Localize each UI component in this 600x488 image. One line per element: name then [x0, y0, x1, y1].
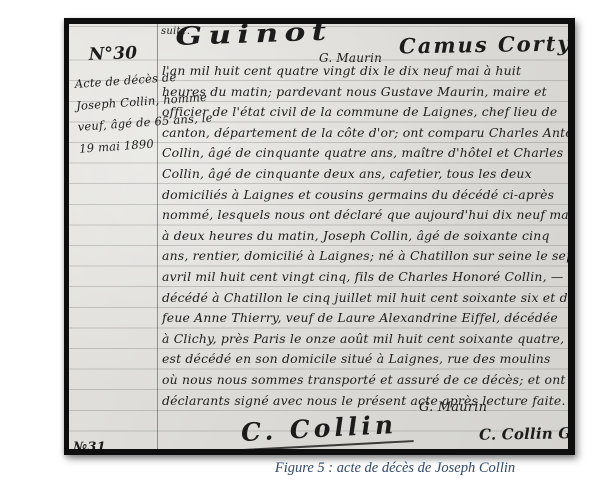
next-act-number-partial: №31 [73, 440, 106, 449]
scanned-paper: N°30 Acte de décès de Joseph Collin, hom… [69, 24, 568, 449]
body-line: feue Anne Thierry, veuf de Laure Alexand… [162, 308, 566, 329]
act-body-text: l'an mil huit cent quatre vingt dix le d… [162, 61, 566, 411]
figure-caption: Figure 5 : acte de décès de Joseph Colli… [160, 460, 600, 477]
body-line: à deux heures du matin, Joseph Collin, â… [162, 226, 566, 247]
body-line: déclarants signé avec nous le présent ac… [162, 391, 566, 412]
body-line: Collin, âgé de cinquante deux ans, cafet… [162, 164, 566, 185]
body-line: heures du matin; pardevant nous Gustave … [162, 82, 566, 103]
body-line: ans, rentier, domicilié à Laignes; né à … [162, 246, 566, 267]
body-line: Collin, âgé de cinquante quatre ans, maî… [162, 143, 566, 164]
margin-column: N°30 Acte de décès de Joseph Collin, hom… [69, 24, 157, 449]
body-line: décédé à Chatillon le cinq juillet mil h… [162, 288, 566, 309]
body-line: officier de l'état civil de la commune d… [162, 102, 566, 123]
signature-maurin-closing: G. Maurin [419, 400, 487, 415]
body-line: est décédé en son domicile situé à Laign… [162, 349, 566, 370]
body-line: nommé, lesquels nous ont déclaré que auj… [162, 205, 566, 226]
signature-c-collin: C. Collin [224, 409, 414, 449]
body-line: canton, département de la côte d'or; ont… [162, 123, 566, 144]
body-line: à Clichy, près Paris le onze août mil hu… [162, 329, 566, 350]
body-line: où nous nous sommes transporté et assuré… [162, 370, 566, 391]
margin-note: Acte de décès de Joseph Collin, homme ve… [74, 68, 166, 160]
body-column: suite. Guinot G. Maurin Camus Corty l'an… [161, 24, 566, 449]
document-scan-frame: N°30 Acte de décès de Joseph Collin, hom… [64, 18, 575, 455]
signature-c-collin-g: C. Collin G [479, 424, 568, 444]
body-line: l'an mil huit cent quatre vingt dix le d… [162, 61, 566, 82]
body-line: domiciliés à Laignes et cousins germains… [162, 185, 566, 206]
body-line: avril mil huit cent vingt cinq, fils de … [162, 267, 566, 288]
act-number: N°30 [69, 42, 157, 65]
signature-camus-corty: Camus Corty [399, 30, 568, 58]
signature-guinot: Guinot [175, 24, 333, 51]
